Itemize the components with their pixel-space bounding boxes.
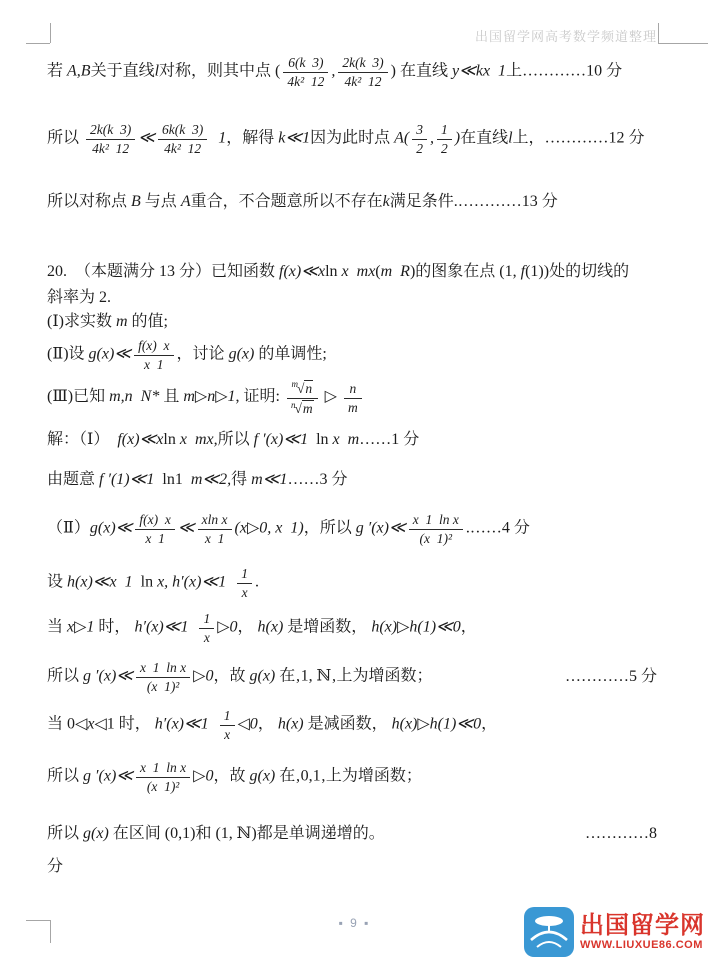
text-run: ，	[481, 716, 497, 733]
math-run: ≪	[178, 520, 195, 537]
line-content: 所以 g ′(x)≪x 1 ln x(x 1)²▷0，故 g(x) 在‚1, ℕ…	[47, 660, 565, 694]
text-run: 上…………10 分	[506, 63, 622, 80]
text-run: 斜率为 2.	[47, 289, 111, 306]
text-run: , 证明:	[236, 389, 284, 406]
text-run: 所以对称点	[47, 193, 131, 210]
fraction-numerator: x 1 ln x	[136, 660, 190, 678]
math-run: x 1	[144, 357, 164, 372]
text-run: 所以	[218, 431, 254, 448]
fraction-denominator: 4k² 12	[338, 73, 387, 90]
math-run: f(x) x	[138, 338, 169, 353]
fraction-numerator: 6k(k 3)	[158, 122, 207, 140]
text-run: 由题意	[47, 471, 99, 488]
document-line: 若 A,B关于直线l对称，则其中点 (6(k 3)4k² 12,2k(k 3)4…	[47, 50, 657, 94]
radical-radicand: n	[304, 380, 313, 396]
logo-site-name: 出国留学网	[580, 914, 705, 938]
text-run: ln	[316, 431, 332, 448]
document-line: 20. （本题满分 13 分）已知函数 f(x)≪xln x mx(m R)的图…	[47, 260, 657, 284]
line-content: 所以 g ′(x)≪x 1 ln x(x 1)²▷0，故 g(x) 在‚0,1‚…	[47, 760, 657, 794]
fraction: f(x) xx 1	[134, 338, 173, 372]
line-content: （Ⅱ）g(x)≪f(x) xx 1≪xln xx 1(x▷0, x 1)，所以 …	[47, 512, 657, 546]
fraction: m√nn√m	[287, 379, 318, 416]
text-run: 因为此时点	[310, 130, 394, 147]
fraction-denominator: (x 1)²	[136, 778, 190, 795]
math-run: h(x)▷h(1)≪0	[371, 619, 460, 636]
text-run: ，	[238, 619, 258, 636]
line-content: 所以对称点 B 与点 A重合，不合题意所以不存在k满足条件.…………13 分	[47, 192, 657, 212]
document-line: （Ⅱ）g(x)≪f(x) xx 1≪xln xx 1(x▷0, x 1)，所以 …	[47, 504, 657, 554]
math-run: 4k² 12	[92, 141, 129, 156]
math-run: f ′(x)≪1	[254, 431, 316, 448]
math-run: (x 1)²	[420, 531, 453, 546]
math-run: f(x) x	[139, 512, 170, 527]
math-run: f(x)≪x	[117, 431, 163, 448]
math-run: 2	[416, 141, 423, 156]
math-run: A	[181, 193, 191, 210]
text-run: (Ⅱ)设	[47, 346, 89, 363]
fraction: f(x) xx 1	[135, 512, 174, 546]
text-run: (Ⅲ)已知	[47, 389, 109, 406]
fraction-denominator: (x 1)²	[136, 678, 190, 695]
math-run: ▷	[321, 389, 341, 406]
text-run: 重合，不合题意所以不存在	[191, 193, 383, 210]
liuxue86-bridge-icon	[524, 907, 574, 957]
fraction-denominator: x	[220, 726, 235, 743]
math-run: x m	[333, 431, 360, 448]
document-line: (Ⅲ)已知 m,n N* 且 m▷n▷1, 证明: m√nn√m ▷ nm	[47, 374, 657, 422]
line-content: 若 A,B关于直线l对称，则其中点 (6(k 3)4k² 12,2k(k 3)4…	[47, 55, 657, 89]
text-run: 与点	[141, 193, 181, 210]
text-run: 且	[159, 389, 183, 406]
text-run: 若	[47, 63, 67, 80]
math-run: ≪	[138, 130, 155, 147]
math-run: 1	[210, 130, 226, 147]
document-line: 所以 g(x) 在区间 (0,1)和 (1, ℕ)都是单调递增的。…………8	[47, 822, 657, 846]
fraction: 1x	[220, 708, 235, 742]
math-run: x 1 ln x	[140, 660, 186, 675]
math-run: g ′(x)≪	[83, 768, 133, 785]
math-run: m	[348, 400, 358, 415]
text-run: ，所以	[304, 520, 356, 537]
text-run: .	[255, 574, 259, 591]
fraction-numerator: 2k(k 3)	[338, 55, 387, 73]
math-run: 1	[241, 566, 248, 581]
math-run: h(x)	[278, 716, 304, 733]
fraction-numerator: f(x) x	[134, 338, 173, 356]
fraction-denominator: 4k² 12	[158, 140, 207, 157]
math-run: 2k(k 3)	[342, 55, 383, 70]
text-run: ，	[461, 619, 477, 636]
text-run: 所以	[47, 668, 83, 685]
text-run: ……1 分	[359, 431, 419, 448]
text-run: 在‚0,1‚上为增函数；	[275, 768, 422, 785]
math-run: x mx,	[180, 431, 218, 448]
math-run: m≪1	[251, 471, 287, 488]
document-line: 所以 2k(k 3)4k² 12≪6k(k 3)4k² 12 1，解得 k≪1因…	[47, 116, 657, 162]
fraction-numerator: m√n	[287, 379, 318, 398]
fraction-denominator: x 1	[134, 356, 173, 373]
score-dots: …………5 分	[565, 667, 657, 687]
page-header-text: 出国留学网高考数学频道整理	[475, 26, 657, 45]
line-content: 斜率为 2.	[47, 288, 657, 308]
fraction-denominator: (x 1)²	[409, 530, 463, 547]
text-run: )的图象在点 (1,	[410, 263, 521, 280]
fraction: 6k(k 3)4k² 12	[158, 122, 207, 156]
text-run: ln	[325, 263, 341, 280]
math-run: k	[383, 193, 390, 210]
fraction-denominator: 2	[437, 140, 452, 157]
logo-text-block: 出国留学网 WWW.LIUXUE86.COM	[580, 914, 705, 951]
fraction-denominator: x 1	[198, 530, 232, 547]
fraction: x 1 ln x(x 1)²	[136, 760, 190, 794]
math-run: (x 1)²	[147, 779, 180, 794]
fraction-numerator: x 1 ln x	[409, 512, 463, 530]
fraction-denominator: n√m	[287, 399, 318, 417]
text-run: （Ⅱ）	[47, 520, 90, 537]
fraction: 2k(k 3)4k² 12	[338, 55, 387, 89]
math-run: x	[204, 630, 210, 645]
document-line: 所以 g ′(x)≪x 1 ln x(x 1)²▷0，故 g(x) 在‚0,1‚…	[47, 753, 657, 801]
fraction: 6(k 3)4k² 12	[283, 55, 328, 89]
fraction-numerator: n	[344, 381, 362, 399]
text-boundary-mark-top-right	[658, 23, 659, 43]
fraction-denominator: 4k² 12	[86, 140, 135, 157]
text-run: 是增函数，	[283, 619, 371, 636]
math-run: x▷1	[67, 619, 94, 636]
math-run: ▷0	[193, 668, 213, 685]
document-line: 斜率为 2.	[47, 287, 657, 309]
document-line: 解：（Ⅰ） f(x)≪xln x mx,所以 f ′(x)≪1 ln x m………	[47, 428, 657, 452]
math-run: m▷n▷1	[183, 389, 235, 406]
document-line: 所以 g ′(x)≪x 1 ln x(x 1)²▷0，故 g(x) 在‚1, ℕ…	[47, 654, 657, 700]
math-run: m,n N*	[109, 389, 159, 406]
text-run: ，故	[213, 668, 249, 685]
text-run: 是减函数，	[304, 716, 392, 733]
fraction: 12	[437, 122, 452, 156]
fraction-numerator: f(x) x	[135, 512, 174, 530]
math-run: g(x)≪	[89, 346, 132, 363]
fraction-denominator: x	[237, 584, 252, 601]
math-run: 3	[416, 122, 423, 137]
text-boundary-mark-top-right	[658, 43, 708, 44]
fraction: 32	[412, 122, 427, 156]
fraction-numerator: 1	[437, 122, 452, 140]
fraction-numerator: x 1 ln x	[136, 760, 190, 778]
math-run: (x▷0, x 1)	[235, 520, 304, 537]
math-run: h(x)	[258, 619, 284, 636]
math-run: x 1	[205, 531, 225, 546]
text-run: 上，…………12 分	[513, 130, 645, 147]
text-run: 在区间 (0,1)和 (1, ℕ)都是单调递增的。	[109, 825, 385, 842]
line-content: 分	[47, 857, 657, 877]
text-run: 当 0◁	[47, 716, 87, 733]
math-run: 6k(k 3)	[162, 122, 203, 137]
math-run: g(x)	[229, 346, 255, 363]
math-run: 6(k 3)	[288, 55, 323, 70]
math-run: g ′(x)≪	[356, 520, 406, 537]
line-content: (Ⅰ)求实数 m 的值;	[47, 312, 657, 332]
logo-site-url: WWW.LIUXUE86.COM	[580, 940, 705, 951]
fraction: 2k(k 3)4k² 12	[86, 122, 135, 156]
liuxue86-logo: 出国留学网 WWW.LIUXUE86.COM	[524, 907, 705, 957]
radical-radicand: m	[302, 400, 314, 416]
math-run: ▷0	[193, 768, 213, 785]
math-run: g(x)	[249, 768, 275, 785]
document-line: (Ⅰ)求实数 m 的值;	[47, 311, 657, 333]
bridge-icon-graphic	[524, 907, 574, 957]
score-dots: …………8	[585, 824, 657, 844]
math-run: x	[242, 585, 248, 600]
text-run: (1))处的切线的	[525, 263, 629, 280]
radical-sign-icon: √	[294, 401, 301, 416]
text-run: 在‚1, ℕ‚上为增函数；	[275, 668, 432, 685]
document-page: 出国留学网高考数学频道整理 若 A,B关于直线l对称，则其中点 (6(k 3)4…	[0, 0, 709, 959]
fraction: x 1 ln x(x 1)²	[136, 660, 190, 694]
text-run: ) 在直线	[391, 63, 452, 80]
text-boundary-mark-top-left	[50, 23, 51, 43]
math-run: x	[224, 727, 230, 742]
math-run: x 1 ln x	[413, 512, 459, 527]
text-run: ◁1 时，	[94, 716, 154, 733]
math-run: m≪2,	[187, 471, 231, 488]
math-run: ◁0	[238, 716, 258, 733]
text-run: 20. （本题满分 13 分）已知函数	[47, 263, 279, 280]
text-run: 所以	[47, 768, 83, 785]
line-content: 所以 g(x) 在区间 (0,1)和 (1, ℕ)都是单调递增的。	[47, 824, 585, 844]
math-run: n	[349, 381, 356, 396]
radical: m√n	[291, 381, 313, 396]
math-run: k≪1	[278, 130, 310, 147]
math-run: m R	[381, 263, 410, 280]
text-run: 分	[47, 858, 63, 875]
fraction-numerator: 2k(k 3)	[86, 122, 135, 140]
fraction-denominator: 4k² 12	[283, 73, 328, 90]
document-line: 分	[47, 855, 657, 879]
fraction-numerator: 1	[237, 566, 252, 584]
math-run: g(x)	[249, 668, 275, 685]
text-run: ，故	[213, 768, 249, 785]
fraction: 1x	[199, 611, 214, 645]
document-line: 当 x▷1 时， h′(x)≪1 1x▷0， h(x) 是增函数， h(x)▷h…	[47, 606, 657, 650]
math-run: m	[116, 313, 128, 330]
text-run: 解：（Ⅰ）	[47, 431, 117, 448]
text-run: 的值;	[128, 313, 168, 330]
fraction-denominator: m	[344, 399, 362, 416]
fraction: nm	[344, 381, 362, 415]
math-run: 1	[203, 611, 210, 626]
fraction-numerator: 3	[412, 122, 427, 140]
fraction: 1x	[237, 566, 252, 600]
fraction-numerator: 6(k 3)	[283, 55, 328, 73]
math-run: y≪kx 1	[452, 63, 506, 80]
math-run: 4k² 12	[164, 141, 201, 156]
text-run: 对称，则其中点 (	[159, 63, 280, 80]
text-run: 关于直线	[91, 63, 155, 80]
math-run: B	[131, 193, 141, 210]
math-run: ▷0	[217, 619, 237, 636]
math-run: h′(x)≪1	[155, 716, 217, 733]
document-line: 当 0◁x◁1 时， h′(x)≪1 1x◁0， h(x) 是减函数， h(x)…	[47, 702, 657, 748]
text-run: 所以	[47, 825, 83, 842]
text-run: ……3 分	[287, 471, 347, 488]
text-run: 得	[231, 471, 251, 488]
text-run: ，解得	[226, 130, 278, 147]
text-run: ln1	[162, 471, 186, 488]
fraction-denominator: x 1	[135, 530, 174, 547]
line-content: 解：（Ⅰ） f(x)≪xln x mx,所以 f ′(x)≪1 ln x m………	[47, 430, 657, 450]
math-run: g(x)≪	[90, 520, 133, 537]
math-run: x, h′(x)≪1	[157, 574, 234, 591]
line-content: (Ⅲ)已知 m,n N* 且 m▷n▷1, 证明: m√nn√m ▷ nm	[47, 379, 657, 416]
math-run: (x 1)²	[147, 679, 180, 694]
text-run: ln	[141, 574, 157, 591]
line-content: 当 x▷1 时， h′(x)≪1 1x▷0， h(x) 是增函数， h(x)▷h…	[47, 611, 657, 645]
text-boundary-mark-top-left	[26, 43, 50, 44]
fraction-denominator: x	[199, 629, 214, 646]
math-run: f(x)≪x	[279, 263, 325, 280]
math-run: h′(x)≪1	[134, 619, 196, 636]
math-run: h(x)▷h(1)≪0	[392, 716, 481, 733]
math-run: ,	[331, 63, 335, 80]
math-run: h(x)≪x 1	[67, 574, 141, 591]
text-run: 当	[47, 619, 67, 636]
math-run: x 1	[145, 531, 165, 546]
math-run: A(	[394, 130, 409, 147]
math-run: ,	[430, 130, 434, 147]
math-run: 1	[441, 122, 448, 137]
math-run: 2k(k 3)	[90, 122, 131, 137]
math-run: 4k² 12	[287, 74, 324, 89]
math-run: g(x)	[83, 825, 109, 842]
fraction-denominator: 2	[412, 140, 427, 157]
line-content: 当 0◁x◁1 时， h′(x)≪1 1x◁0， h(x) 是减函数， h(x)…	[47, 708, 657, 742]
math-run: x 1 ln x	[140, 760, 186, 775]
line-content: 由题意 f ′(1)≪1 ln1 m≪2,得 m≪1……3 分	[47, 470, 657, 490]
math-run: 1	[224, 708, 231, 723]
fraction-numerator: 1	[199, 611, 214, 629]
document-line: 所以对称点 B 与点 A重合，不合题意所以不存在k满足条件.…………13 分	[47, 190, 657, 214]
line-content: 20. （本题满分 13 分）已知函数 f(x)≪xln x mx(m R)的图…	[47, 262, 657, 282]
line-content: 所以 2k(k 3)4k² 12≪6k(k 3)4k² 12 1，解得 k≪1因…	[47, 122, 657, 156]
radical: n√m	[291, 401, 314, 416]
line-content: 设 h(x)≪x 1 ln x, h′(x)≪1 1x.	[47, 566, 657, 600]
math-run: A,B	[67, 63, 91, 80]
text-run: 在直线	[460, 130, 508, 147]
text-run: ln	[163, 431, 179, 448]
math-run: x mx	[342, 263, 376, 280]
fraction-numerator: xln x	[198, 512, 232, 530]
text-run: ，讨论	[177, 346, 229, 363]
math-run: xln x	[202, 512, 228, 527]
text-run: 时，	[94, 619, 134, 636]
text-run: 所以	[47, 130, 83, 147]
document-line: 由题意 f ′(1)≪1 ln1 m≪2,得 m≪1……3 分	[47, 468, 657, 492]
fraction-numerator: 1	[220, 708, 235, 726]
line-content: (Ⅱ)设 g(x)≪f(x) xx 1，讨论 g(x) 的单调性;	[47, 338, 657, 372]
document-line: 设 h(x)≪x 1 ln x, h′(x)≪1 1x.	[47, 562, 657, 604]
text-run: 满足条件.…………13 分	[390, 193, 558, 210]
text-run: .……4 分	[466, 520, 530, 537]
text-run: 的单调性;	[254, 346, 326, 363]
fraction: x 1 ln x(x 1)²	[409, 512, 463, 546]
document-line: (Ⅱ)设 g(x)≪f(x) xx 1，讨论 g(x) 的单调性;	[47, 334, 657, 376]
text-run: (Ⅰ)求实数	[47, 313, 116, 330]
math-run: g ′(x)≪	[83, 668, 133, 685]
math-run: f ′(1)≪1	[99, 471, 162, 488]
math-run: 2	[441, 141, 448, 156]
text-run: ，	[258, 716, 278, 733]
fraction: xln xx 1	[198, 512, 232, 546]
math-run: 4k² 12	[345, 74, 382, 89]
text-run: 设	[47, 574, 67, 591]
